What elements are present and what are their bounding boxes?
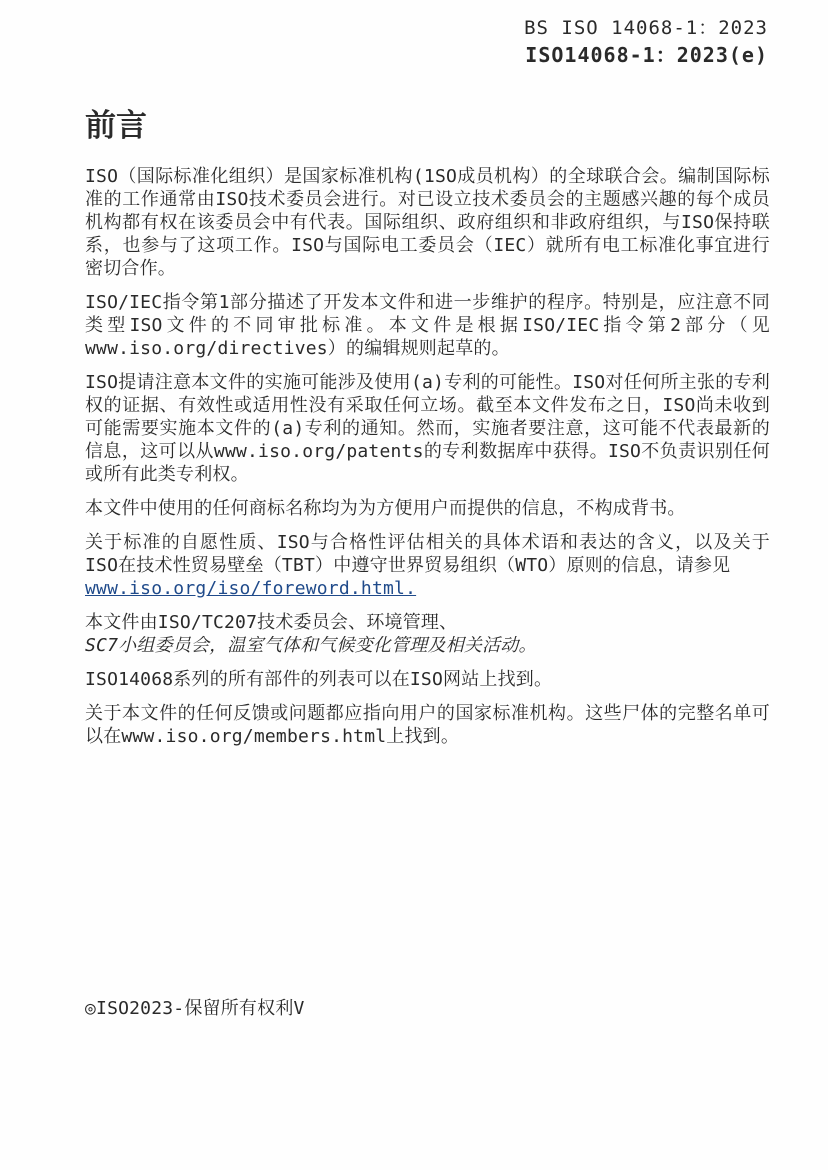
header-standard-ref: BS ISO 14068-1：2023 xyxy=(0,16,768,42)
paragraph-feedback: 关于本文件的任何反馈或问题都应指向用户的国家标准机构。这些尸体的完整名单可以在w… xyxy=(85,702,770,748)
foreword-url-link[interactable]: www.iso.org/iso/foreword.html. xyxy=(85,578,416,599)
document-page: BS ISO 14068-1：2023 ISO14068-1：2023(e) 前… xyxy=(0,0,828,1170)
committee-line-italic: SC7小组委员会，温室气体和气候变化管理及相关活动。 xyxy=(85,635,537,656)
paragraph-wto-tbt: 关于标准的自愿性质、ISO与合格性评估相关的具体术语和表达的含义，以及关于ISO… xyxy=(85,531,770,600)
committee-line-normal: 本文件由ISO/TC207技术委员会、环境管理、 xyxy=(85,612,457,633)
paragraph-committee: 本文件由ISO/TC207技术委员会、环境管理、 SC7小组委员会，温室气体和气… xyxy=(85,611,770,657)
page-footer: ◎ISO2023-保留所有权利V xyxy=(85,997,305,1020)
header-doc-ref: ISO14068-1：2023(e) xyxy=(0,42,768,69)
page-header: BS ISO 14068-1：2023 ISO14068-1：2023(e) xyxy=(0,0,828,69)
paragraph-wto-text: 关于标准的自愿性质、ISO与合格性评估相关的具体术语和表达的含义，以及关于ISO… xyxy=(85,532,770,576)
document-body: 前言 ISO（国际标准化组织）是国家标准机构(1SO成员机构）的全球联合会。编制… xyxy=(85,109,770,748)
page-title: 前言 xyxy=(85,109,770,143)
paragraph-series-list: ISO14068系列的所有部件的列表可以在ISO网站上找到。 xyxy=(85,668,770,691)
paragraph-patents: ISO提请注意本文件的实施可能涉及使用(a)专利的可能性。ISO对任何所主张的专… xyxy=(85,371,770,486)
paragraph-directives: ISO/IEC指令第1部分描述了开发本文件和进一步维护的程序。特别是，应注意不同… xyxy=(85,291,770,360)
paragraph-iso-intro: ISO（国际标准化组织）是国家标准机构(1SO成员机构）的全球联合会。编制国际标… xyxy=(85,165,770,280)
paragraph-trademark: 本文件中使用的任何商标名称均为为方便用户而提供的信息，不构成背书。 xyxy=(85,497,770,520)
